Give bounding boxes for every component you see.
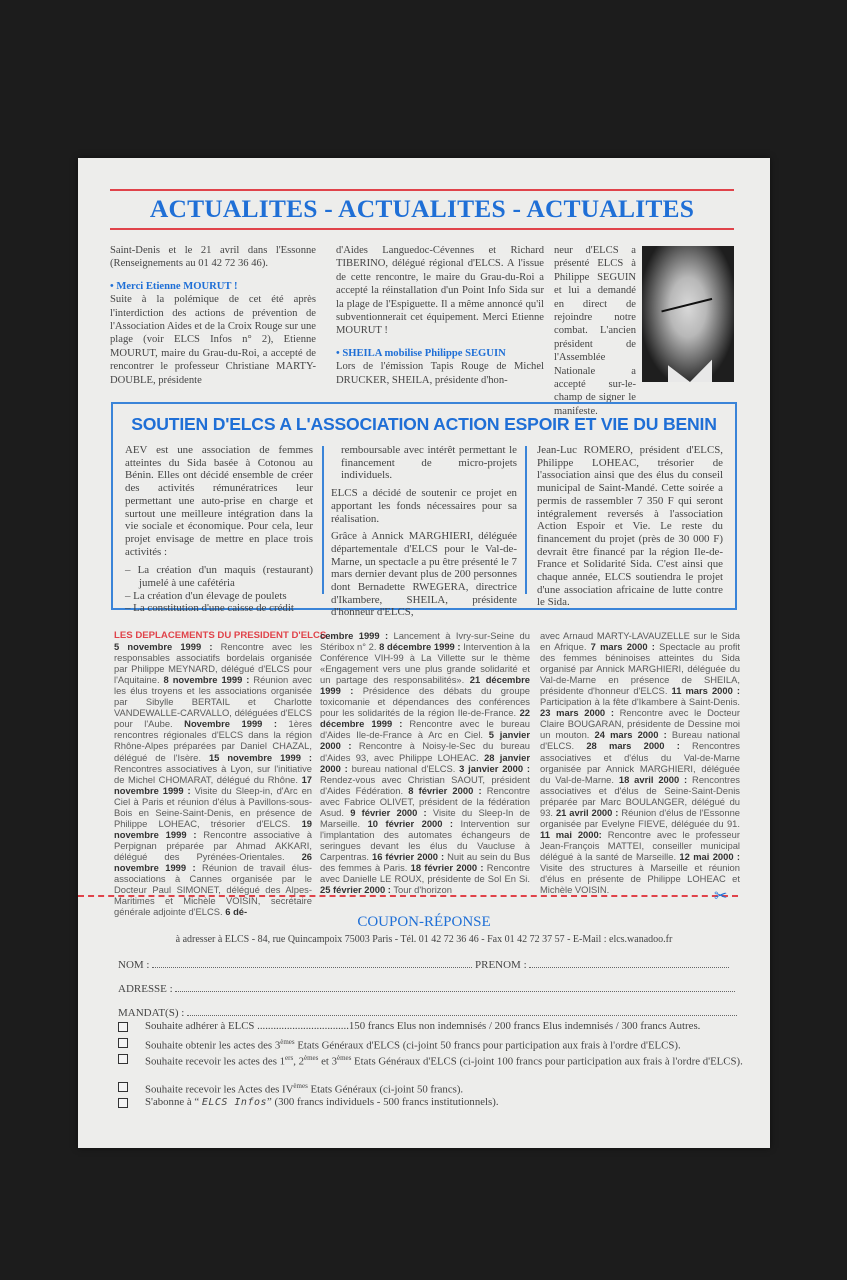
travel-description: Rencontres associatives à Lyon, sur l'in… [114,763,312,785]
travel-date: 18 février 2000 : [411,862,484,873]
travel-date: 8 novembre 1999 : [164,674,250,685]
travel-date: 7 mars 2000 : [591,641,655,652]
adresse-field[interactable] [175,982,735,992]
travel-date: 25 février 2000 : [320,884,391,895]
benin-paragraph: Grâce à Annick MARGHIERI, déléguée dépar… [331,530,517,619]
activity-item: – La création d'un maquis (restaurant) j… [125,564,313,589]
travels-entries: cembre 1999 : Lancement à Ivry-sur-Seine… [320,630,530,895]
checkbox[interactable] [118,1082,128,1092]
benin-column-1: AEV est une association de femmes attein… [125,444,313,615]
travel-date: 24 mars 2000 : [595,729,667,740]
nom-label: NOM : [118,959,149,971]
checkbox[interactable] [118,1038,128,1048]
travel-date: Novembre 1999 : [184,718,277,729]
cut-line [78,895,738,897]
activity-item: – La constitution d'une caisse de crédit [125,602,313,615]
travel-date: 21 avril 2000 : [556,807,618,818]
coupon-address: à adresser à ELCS - 84, rue Quincampoix … [78,934,770,945]
travels-title: LES DEPLACEMENTS DU PRESIDENT D'ELCS [114,630,312,641]
travel-date: 8 décembre 1999 : [379,641,460,652]
nom-field[interactable] [152,958,472,968]
benin-column-3: Jean-Luc ROMERO, président d'ELCS, Phili… [537,444,723,614]
travel-date: 9 février 2000 : [350,807,426,818]
travel-date: 5 novembre 1999 : [114,641,212,652]
news-intro: Saint-Denis et le 21 avril dans l'Essonn… [110,244,316,271]
news-item-title: • Merci Etienne MOURUT ! [110,280,316,293]
news-item-body: Lors de l'émission Tapis Rouge de Michel… [336,360,544,387]
mandats-field[interactable] [187,1006,737,1016]
activities-list: – La création d'un maquis (restaurant) j… [125,564,313,615]
mandats-row: MANDAT(S) : [118,1006,738,1019]
travels-column-2: cembre 1999 : Lancement à Ivry-sur-Seine… [320,630,530,895]
column-divider [525,446,527,594]
travels-column-3: avec Arnaud MARTY-LAVAUZELLE sur le Sida… [540,630,740,895]
mandats-label: MANDAT(S) : [118,1007,184,1019]
benin-paragraph: Jean-Luc ROMERO, président d'ELCS, Phili… [537,444,723,609]
option-label: S'abonne à “ ELCS Infos” (300 francs ind… [145,1096,747,1109]
travel-description: Participation à la fête d'Ikambere à Sai… [540,696,740,707]
travel-date: cembre 1999 : [320,630,388,641]
newsletter-page: ACTUALITES - ACTUALITES - ACTUALITES Sai… [78,158,770,1148]
benin-paragraph: remboursable avec intérêt permettant le … [331,444,517,482]
prenom-label: PRENOM : [475,959,527,971]
travel-date: 11 mars 2000 : [672,685,741,696]
option-label: Souhaite obtenir les actes des 3èmes Eta… [145,1036,747,1053]
benin-column-2: remboursable avec intérêt permettant le … [331,444,517,624]
checkbox[interactable] [118,1054,128,1064]
news-column-1: Saint-Denis et le 21 avril dans l'Essonn… [110,244,316,387]
activity-item: – La création d'un élevage de poulets [125,590,313,603]
news-item-body: Suite à la polémique de cet été après l'… [110,293,316,387]
travel-description: Visite des structures à Marseille et réu… [540,862,740,895]
travel-date: 18 avril 2000 : [619,774,687,785]
benin-paragraph: ELCS a décidé de soutenir ce projet en a… [331,487,517,525]
travel-date: 16 février 2000 : [372,851,444,862]
travel-date: 3 janvier 2000 : [459,763,530,774]
name-row: NOM : PRENOM : [118,958,738,971]
collar-shape [668,354,712,382]
option-label: Souhaite adhérer à ELCS ................… [145,1020,747,1033]
travel-date: 12 mai 2000 : [679,851,740,862]
news-column-3: neur d'ELCS a présenté ELCS à Philippe S… [554,244,636,418]
travel-date: 28 mars 2000 : [586,740,680,751]
option-label: Souhaite recevoir les Actes des IVèmes E… [145,1080,747,1097]
benin-support-box: SOUTIEN D'ELCS A L'ASSOCIATION ACTION ES… [111,402,737,610]
travel-description: bureau national d'ELCS. [348,763,459,774]
portrait-photo [642,246,734,382]
travel-description: Tour d'horizon [391,884,452,895]
bottom-red-rule [110,228,734,230]
checkbox[interactable] [118,1022,128,1032]
page-headline: ACTUALITES - ACTUALITES - ACTUALITES [110,194,734,224]
news-column-2: d'Aides Languedoc-Cévennes et Richard TI… [336,244,544,387]
news-item-body: d'Aides Languedoc-Cévennes et Richard TI… [336,244,544,338]
glasses-shape [661,298,714,322]
travel-date: 23 mars 2000 : [540,707,614,718]
column-divider [322,446,324,594]
top-red-rule [110,189,734,191]
travels-column-1: LES DEPLACEMENTS DU PRESIDENT D'ELCS 5 n… [114,630,312,917]
coupon-title: COUPON-RÉPONSE [78,914,770,931]
travel-date: 8 février 2000 : [408,785,481,796]
scissors-icon: ✂ [714,886,727,906]
prenom-field[interactable] [529,958,729,968]
elcs-infos-brand: ELCS Infos [202,1097,267,1108]
adresse-label: ADRESSE : [118,983,173,995]
news-item-title: • SHEILA mobilise Philippe SEGUIN [336,347,544,360]
address-row: ADRESSE : [118,982,738,995]
checkbox[interactable] [118,1098,128,1108]
benin-paragraph: AEV est une association de femmes attein… [125,444,313,558]
travels-entries: 5 novembre 1999 : Rencontre avec les res… [114,641,312,917]
option-label: Souhaite recevoir les actes des 1ers, 2è… [145,1052,747,1069]
travel-date: 11 mai 2000: [540,829,602,840]
travel-date: 10 février 2000 : [368,818,453,829]
travels-entries: avec Arnaud MARTY-LAVAUZELLE sur le Sida… [540,630,740,895]
travel-date: 15 novembre 1999 : [209,752,312,763]
benin-box-title: SOUTIEN D'ELCS A L'ASSOCIATION ACTION ES… [113,414,735,435]
news-item-body: neur d'ELCS a présenté ELCS à Philippe S… [554,244,636,418]
